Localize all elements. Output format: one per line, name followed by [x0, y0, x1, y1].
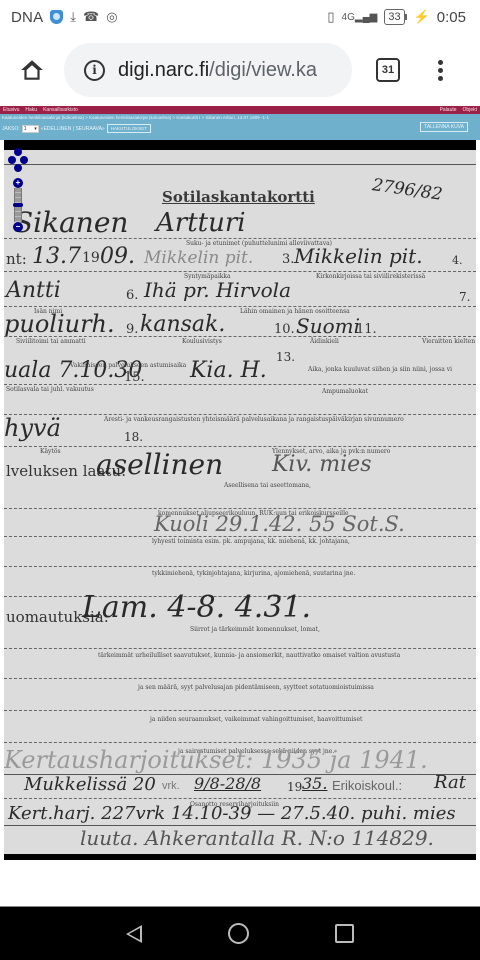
caption-armed: Aseellisena tai aseettomana,	[224, 482, 311, 489]
shield-icon	[50, 10, 63, 24]
search-results-button[interactable]: HAKUTULOKSET	[107, 124, 151, 133]
special-school-label: Erikoiskoul.:	[332, 778, 402, 793]
nav-link-search[interactable]: Haku	[25, 107, 37, 113]
pan-left-button[interactable]	[8, 156, 16, 164]
card-title: Sotilaskantakortti	[162, 188, 315, 206]
home-circle-icon[interactable]	[228, 923, 249, 944]
field-number: 11.	[356, 322, 377, 337]
download-done-icon: ⤓	[70, 9, 76, 25]
caption-education: Koulusivistys	[182, 338, 222, 345]
prev-next-links[interactable]: «EDELLINEN | SEURAAVA»	[41, 126, 105, 132]
caption-punishments: Aresti- ja vankeusrangaistusten yhteismä…	[104, 416, 404, 423]
vibrate-icon: ▯	[327, 9, 334, 25]
firstname-handwritten: Artturi	[156, 208, 246, 238]
birthdate-handwritten: 13.7	[32, 244, 81, 269]
birthyear-handwritten: 09.	[100, 244, 135, 269]
breadcrumb-bar: Kaatuneiden henkilöasiakirjat (kokoelma)…	[0, 114, 480, 140]
menu-dot	[438, 60, 443, 65]
back-icon[interactable]	[126, 925, 142, 943]
zoom-in-button[interactable]: +	[13, 178, 23, 188]
caption-oath: Sotilasvala tai juhl. vakuutus	[6, 386, 94, 393]
field-number: 3.	[282, 252, 294, 267]
pan-control	[8, 148, 28, 174]
signal-4g-icon: 4G▂▄▆	[342, 12, 378, 23]
zoom-out-button[interactable]: −	[13, 222, 23, 232]
caption-sports: tärkeimmät urheilulliset saavutukset, ku…	[98, 652, 400, 659]
caption-parish: Kirkonkirjoissa tai siviilirekisterissä	[316, 273, 425, 280]
nav-link-home[interactable]: Etusivu	[3, 107, 19, 113]
tab-switcher-button[interactable]: 31	[376, 58, 400, 82]
pan-down-button[interactable]	[14, 164, 22, 172]
address-bar[interactable]: i digi.narc.fi/digi/view.ka	[64, 43, 352, 97]
refresher-handwritten: Kertausharjoitukset: 1935 ja 1941.	[4, 746, 428, 774]
remarks-handwritten: Lam. 4-8. 4.31.	[82, 590, 311, 625]
vrk-label: vrk.	[162, 780, 180, 792]
conduct-handwritten: hyvä	[4, 414, 61, 442]
exercise-year-handwritten: 35.	[302, 774, 327, 793]
father-name-handwritten: Antti	[6, 278, 61, 303]
menu-dot	[438, 68, 443, 73]
info-icon[interactable]: i	[84, 60, 105, 81]
jakso-select[interactable]: 1▾	[22, 125, 39, 133]
save-image-button[interactable]: TALLENNA KUVA	[420, 122, 468, 132]
caption-brief: lyhyesti toiminta esim. pk. ampujana, kk…	[152, 538, 350, 545]
missed-call-icon: ☎	[83, 9, 99, 25]
instagram-icon: ◎	[106, 9, 117, 25]
breadcrumb[interactable]: Kaatuneiden henkilöasiakirjat (kokoelma)…	[2, 115, 478, 120]
field-number: 13.	[276, 350, 295, 364]
field-number: 9.	[126, 322, 138, 337]
rank-handwritten: Kiv. mies	[272, 452, 371, 477]
browser-toolbar: i digi.narc.fi/digi/view.ka 31	[0, 34, 480, 106]
chevron-down-icon: ▾	[34, 126, 37, 132]
parish-handwritten: Mikkelin pit.	[294, 244, 423, 268]
carrier-label: DNA	[11, 9, 43, 26]
home-icon	[19, 57, 45, 83]
special-school-handwritten: Rat	[434, 772, 466, 793]
caption-transfers: Siirrot ja tärkeimmät komennukset, lomat…	[190, 626, 320, 633]
field-number: 4.	[452, 254, 463, 267]
surname-handwritten: Sikanen	[14, 206, 128, 239]
nav-link-help[interactable]: Objekt	[463, 107, 477, 113]
charging-icon: ⚡	[414, 9, 430, 25]
url-host: digi.narc.fi	[118, 59, 209, 81]
caption-time: Aika, jonka kuuluvat siihen ja siin niin…	[308, 366, 452, 373]
occupation-handwritten: puoliurh.	[4, 310, 115, 338]
military-record-card: Sotilaskantakortti 2796/82 Sikanen Arttu…	[4, 150, 476, 854]
field-number: 6.	[126, 288, 138, 303]
battery-icon: 33	[384, 9, 406, 25]
caption-service-start: Vakinaiseen palvelukseen astumisaika	[70, 362, 186, 369]
caption-amount: ja sen määrä, syyt palvelusajan pidentäm…	[138, 684, 374, 691]
birthdate-label: nt:	[6, 250, 27, 268]
system-nav-bar	[0, 906, 480, 960]
web-page: Etusivu Haku Kansallisarkisto Palaute Ob…	[0, 106, 480, 906]
reserve-handwritten: Kert.harj. 227vrk 14.10-39 — 27.5.40. pu…	[8, 803, 456, 824]
image-viewer[interactable]: Sotilaskantakortti 2796/82 Sikanen Arttu…	[4, 140, 476, 860]
menu-dot	[438, 76, 443, 81]
pan-up-button[interactable]	[14, 148, 22, 156]
caption-shooting-class: Ampumaluokat	[322, 388, 368, 395]
caption-mother-tongue: Äidinkieli	[310, 338, 339, 345]
clock: 0:05	[437, 9, 466, 26]
home-button[interactable]	[12, 50, 52, 90]
zoom-track[interactable]	[14, 188, 22, 203]
recent-apps-icon[interactable]	[335, 924, 354, 943]
language-handwritten: Suomi	[296, 314, 360, 338]
nav-link-feedback[interactable]: Palaute	[440, 107, 457, 113]
field-number: 18.	[124, 430, 143, 444]
year-prefix: 19	[287, 780, 302, 794]
archive-number: 2796/82	[371, 175, 444, 205]
education-handwritten: kansak.	[140, 312, 225, 337]
course-handwritten: Kuoli 29.1.42. 55 Sot.S.	[154, 512, 405, 536]
exercise-dates-handwritten: 9/8-28/8	[194, 774, 261, 793]
service-type-handwritten: asellinen	[96, 448, 223, 481]
caption-consequences: ja niiden seuraamukset, vaikeimmat vahin…	[150, 716, 362, 723]
overflow-menu-button[interactable]	[438, 60, 443, 81]
url-path: /digi/view.ka	[209, 59, 317, 81]
url-text[interactable]: digi.narc.fi/digi/view.ka	[118, 59, 317, 82]
caption-tasks: tykkimiehenä, tykinjohtajana, kirjurina,…	[152, 570, 355, 577]
field-number: 10.	[274, 322, 295, 337]
jakso-label: JAKSO:	[2, 126, 20, 132]
viewer-navigation: + −	[8, 148, 28, 232]
caption-conduct: Käytös	[40, 448, 61, 455]
status-bar: DNA ⤓ ☎ ◎ ▯ 4G▂▄▆ 33 ⚡ 0:05	[0, 0, 480, 34]
next-of-kin-handwritten: Ihä pr. Hirvola	[144, 278, 291, 302]
caption-languages: Vieraitten kielten	[422, 338, 475, 345]
zoom-track[interactable]	[14, 207, 22, 222]
birthplace-handwritten: Mikkelin pit.	[144, 248, 253, 268]
field-number: 15.	[124, 370, 145, 385]
unit-handwritten: Kia. H.	[190, 358, 267, 383]
field-number: 7.	[459, 290, 470, 304]
site-top-nav: Etusivu Haku Kansallisarkisto Palaute Ob…	[0, 106, 480, 114]
exercise-handwritten: Mukkelissä 20	[24, 774, 156, 795]
year-prefix: 19	[82, 250, 100, 266]
nav-link-archive[interactable]: Kansallisarkisto	[43, 107, 78, 113]
caption-occupation: Siviilitoimi tai ammatti	[16, 338, 86, 345]
pan-right-button[interactable]	[20, 156, 28, 164]
final-note-handwritten: luuta. Ahkerantalla R. N:o 114829.	[80, 826, 434, 850]
battery-level: 33	[384, 9, 404, 25]
zoom-bar: + −	[13, 178, 23, 232]
